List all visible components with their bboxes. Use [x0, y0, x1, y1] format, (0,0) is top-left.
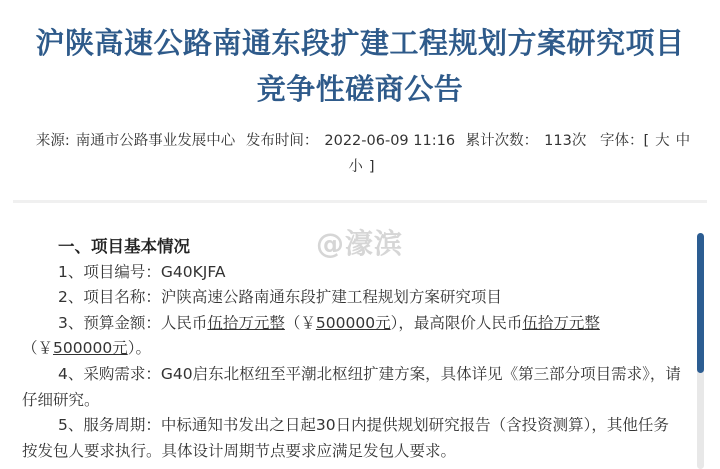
title-line-2: 竞争性磋商公告 — [0, 66, 720, 112]
views-label: 累计次数： — [466, 133, 539, 149]
item-requirements: 4、采购需求：G40启东北枢纽至平潮北枢纽扩建方案，具体详见《第三部分项目需求》… — [22, 362, 682, 413]
item-project-number: 1、项目编号：G40KJFA — [22, 260, 682, 286]
publish-time: 2022-06-09 11:16 — [324, 133, 455, 149]
max-price-num: 500000元 — [53, 339, 128, 357]
article-title: 沪陕高速公路南通东段扩建工程规划方案研究项目 竞争性磋商公告 — [0, 20, 720, 112]
item3-label: 3、预算金额：人民币 — [58, 314, 207, 332]
source-label: 来源: — [36, 133, 70, 149]
article-meta: 来源:南通市公路事业发展中心 发布时间：2022-06-09 11:16 累计次… — [18, 128, 708, 180]
source-value: 南通市公路事业发展中心 — [76, 133, 236, 149]
item2-label: 2、项目名称： — [58, 288, 161, 306]
font-small-link[interactable]: 小 — [348, 159, 363, 175]
scrollbar-thumb[interactable] — [697, 233, 704, 373]
item3-mid2: ），最高限价人民币 — [391, 314, 523, 332]
item3-end: ）。 — [128, 339, 151, 357]
publish-label: 发布时间： — [246, 133, 319, 149]
article-body: 一、项目基本情况 1、项目编号：G40KJFA 2、项目名称：沪陕高速公路南通东… — [22, 234, 682, 464]
item1-value: G40KJFA — [161, 263, 226, 281]
watermark: @濠滨 — [316, 222, 403, 262]
item-project-name: 2、项目名称：沪陕高速公路南通东段扩建工程规划方案研究项目 — [22, 285, 682, 311]
title-line-1: 沪陕高速公路南通东段扩建工程规划方案研究项目 — [0, 20, 720, 66]
item1-label: 1、项目编号： — [58, 263, 161, 281]
divider — [13, 200, 707, 203]
item-service-period: 5、服务周期：中标通知书发出之日起30日内提供规划研究报告（含投资测算），其他任… — [22, 413, 682, 464]
budget-amount-num: 500000元 — [316, 314, 391, 332]
font-close: ] — [369, 159, 375, 175]
max-price-cn: 伍拾万元整 — [522, 314, 600, 332]
font-medium-link[interactable]: 中 — [676, 133, 691, 149]
item3-mid3: （￥ — [22, 339, 53, 357]
item3-mid1: （￥ — [285, 314, 316, 332]
item-budget: 3、预算金额：人民币伍拾万元整（￥500000元），最高限价人民币伍拾万元整（￥… — [22, 311, 682, 362]
views-count: 113次 — [544, 133, 586, 149]
item2-value: 沪陕高速公路南通东段扩建工程规划方案研究项目 — [161, 288, 502, 306]
budget-amount-cn: 伍拾万元整 — [207, 314, 285, 332]
font-label: 字体：[ — [600, 133, 649, 149]
font-large-link[interactable]: 大 — [655, 133, 670, 149]
